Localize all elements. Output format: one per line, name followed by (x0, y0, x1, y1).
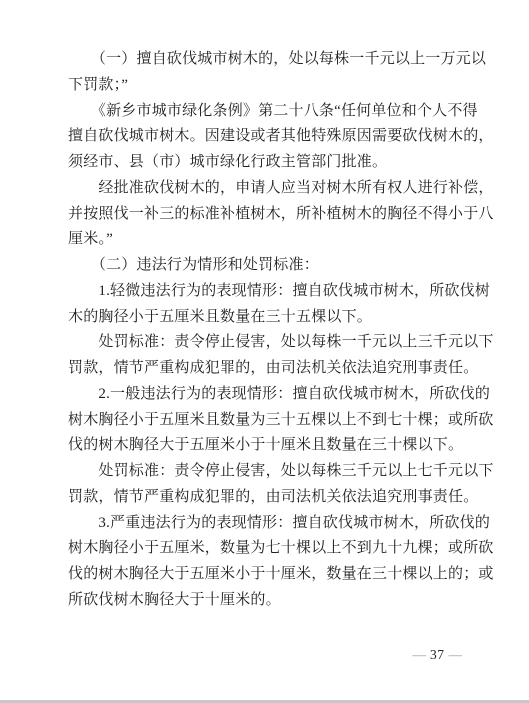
text-line: 下罚款；” (68, 73, 498, 99)
text-line: 所砍伐树木胸径大于十厘米的。 (68, 588, 498, 614)
text-line: （一）擅自砍伐城市树木的，处以每株一千元以上一万元以 (68, 47, 498, 73)
text-line: 罚款，情节严重构成犯罪的，由司法机关依法追究刑事责任。 (68, 485, 498, 511)
text-line: 2.一般违法行为的表现情形：擅自砍伐城市树木，所砍伐的 (68, 382, 498, 408)
text-line: 经批准砍伐树木的，申请人应当对树木所有权人进行补偿， (68, 176, 498, 202)
text-line: 擅自砍伐城市树木。因建设或者其他特殊原因需要砍伐树木的， (68, 124, 498, 150)
text-line: 罚款，情节严重构成犯罪的，由司法机关依法追究刑事责任。 (68, 356, 498, 382)
text-line: 《新乡市城市绿化条例》第二十八条“任何单位和个人不得 (68, 99, 498, 125)
text-line: 并按照伐一补三的标准补植树木，所补植树木的胸径不得小于八 (68, 202, 498, 228)
text-line: 处罚标准：责令停止侵害，处以每株一千元以上三千元以下 (68, 330, 498, 356)
text-line: 伐的树木胸径大于五厘米小于十厘米且数量在三十棵以下。 (68, 433, 498, 459)
text-line: 木的胸径小于五厘米且数量在三十五棵以下。 (68, 305, 498, 331)
page-number-value: 37 (430, 647, 445, 662)
page-number: —37— (0, 647, 462, 663)
text-line: 树木胸径小于五厘米且数量为三十五棵以上不到七十棵；或所砍 (68, 408, 498, 434)
text-line: 伐的树木胸径大于五厘米小于十厘米，数量在三十棵以上的；或 (68, 562, 498, 588)
text-line: 须经市、县（市）城市绿化行政主管部门批准。 (68, 150, 498, 176)
text-line: （二）违法行为情形和处罚标准： (68, 253, 498, 279)
text-line: 树木胸径小于五厘米，数量为七十棵以上不到九十九棵；或所砍 (68, 536, 498, 562)
page-number-dash-right: — (449, 647, 463, 662)
document-body: （一）擅自砍伐城市树木的，处以每株一千元以上一万元以 下罚款；” 《新乡市城市绿… (68, 47, 498, 614)
document-page: （一）擅自砍伐城市树木的，处以每株一千元以上一万元以 下罚款；” 《新乡市城市绿… (0, 0, 529, 703)
text-line: 3.严重违法行为的表现情形：擅自砍伐城市树木，所砍伐的 (68, 511, 498, 537)
page-number-dash-left: — (413, 647, 427, 662)
text-line: 处罚标准：责令停止侵害，处以每株三千元以上七千元以下 (68, 459, 498, 485)
text-line: 1.轻微违法行为的表现情形：擅自砍伐城市树木，所砍伐树 (68, 279, 498, 305)
text-line: 厘米。” (68, 227, 498, 253)
